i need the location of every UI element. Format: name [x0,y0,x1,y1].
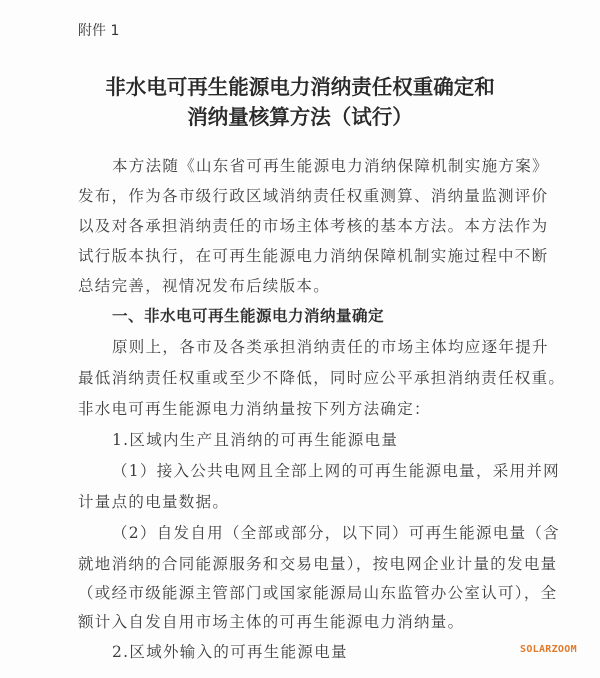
item1-2-line: 额计入自发自用市场主体的可再生能源电力消纳量。 [78,610,464,632]
watermark-logo: SOLARZOOM [520,644,577,655]
section1-line: 最低消纳责任权重或至少不降低，同时应公平承担消纳责任权重。 [78,366,565,388]
item1-2-line: （或经市级能源主管部门或国家能源局山东监管办公室认可），全 [78,581,557,603]
item1-2-line: 就地消纳的合同能源服务和交易电量），按电网企业计量的发电量 [78,552,557,574]
section1-line: 原则上，各市及各类承担消纳责任的市场主体均应逐年提升 [112,335,549,357]
intro-line: 试行版本执行，在可再生能源电力消纳保障机制实施过程中不断 [78,244,548,266]
item1-1-line: （1）接入公共电网且全部上网的可再生能源电量，采用并网 [112,459,560,481]
document-page: 附件 1 非水电可再生能源电力消纳责任权重确定和 消纳量核算方法（试行） 本方法… [0,0,600,678]
document-title-line-1: 非水电可再生能源电力消纳责任权重确定和 [0,72,600,102]
section-heading: 一、非水电可再生能源电力消纳量确定 [112,304,384,326]
item2-heading: 2.区域外输入的可再生能源电量 [112,640,348,662]
intro-line: 本方法随《山东省可再生能源电力消纳保障机制实施方案》 [112,154,549,176]
item1-2-line: （2）自发自用（全部或部分，以下同）可再生能源电量（含 [112,521,560,543]
intro-line: 总结完善，视情况发布后续版本。 [78,274,330,296]
intro-line: 以及对各承担消纳责任的市场主体考核的基本方法。本方法作为 [78,214,548,236]
item1-heading: 1.区域内生产且消纳的可再生能源电量 [112,428,398,450]
section1-line: 非水电可再生能源电力消纳量按下列方法确定： [78,397,431,419]
attachment-label: 附件 1 [78,20,119,40]
item1-1-line: 计量点的电量数据。 [78,490,229,512]
document-title-line-2: 消纳量核算方法（试行） [0,102,600,132]
intro-line: 发布，作为各市级行政区域消纳责任权重测算、消纳量监测评价 [78,184,548,206]
